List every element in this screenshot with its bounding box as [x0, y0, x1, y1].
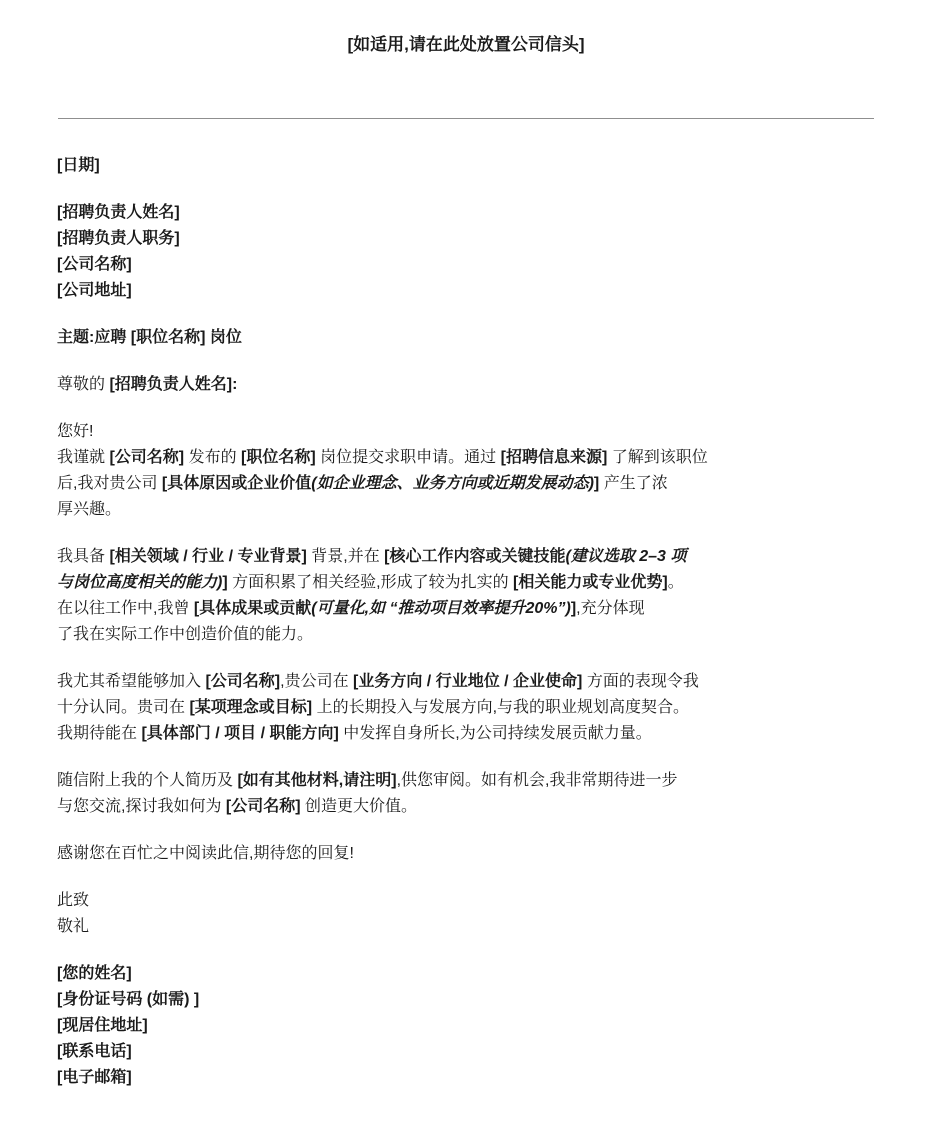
text-run: [您的姓名] [身份证号码 (如需) ] [现居住地址] [联系电话] [电子邮…: [57, 965, 199, 1086]
text-run: (如企业理念、业务方向或近期发展动态): [311, 475, 594, 492]
paragraph-attachments: 随信附上我的个人简历及 [如有其他材料,请注明],供您审阅。如有机会,我非常期待…: [57, 768, 875, 820]
paragraph-opening: 您好! 我谨就 [公司名称] 发布的 [职位名称] 岗位提交求职申请。通过 [招…: [57, 419, 875, 523]
text-run: [公司名称]: [226, 798, 301, 815]
text-run: 背景,并在: [307, 548, 384, 565]
signature-block: [您的姓名] [身份证号码 (如需) ] [现居住地址] [联系电话] [电子邮…: [57, 961, 875, 1091]
text-run: [具体原因或企业价值: [162, 475, 311, 492]
text-run: [公司名称]: [109, 449, 184, 466]
text-run: [招聘负责人姓名]:: [109, 376, 237, 393]
text-run: [招聘信息来源]: [501, 449, 608, 466]
text-run: 创造更大价值。: [301, 798, 417, 815]
text-run: 我具备: [57, 548, 109, 565]
salutation: 尊敬的 [招聘负责人姓名]:: [57, 372, 875, 398]
paragraph-experience: 我具备 [相关领域 / 行业 / 专业背景] 背景,并在 [核心工作内容或关键技…: [57, 544, 875, 648]
letter-document: [如适用,请在此处放置公司信头] [日期] [招聘负责人姓名] [招聘负责人职务…: [0, 0, 931, 1142]
text-run: [具体成果或贡献: [194, 600, 311, 617]
text-run: [招聘负责人姓名] [招聘负责人职务] [公司名称] [公司地址]: [57, 204, 180, 299]
text-run: [核心工作内容或关键技能: [384, 548, 565, 565]
text-run: [具体部门 / 项目 / 职能方向]: [141, 725, 338, 742]
text-run: [公司名称]: [205, 673, 280, 690]
text-run: 此致 敬礼: [57, 892, 89, 935]
text-run: 我尤其希望能够加入: [57, 673, 205, 690]
text-run: [职位名称]: [241, 449, 316, 466]
date-line: [日期]: [57, 153, 875, 179]
text-run: 您好! 我谨就: [57, 423, 109, 466]
text-run: 主题:应聘 [职位名称] 岗位: [57, 329, 242, 346]
text-run: ,贵公司在: [280, 673, 353, 690]
text-run: [相关能力或专业优势]: [513, 574, 668, 591]
paragraph-thanks: 感谢您在百忙之中阅读此信,期待您的回复!: [57, 841, 875, 867]
letterhead-placeholder: [如适用,请在此处放置公司信头]: [57, 32, 875, 58]
text-run: [相关领域 / 行业 / 专业背景]: [109, 548, 306, 565]
closing: 此致 敬礼: [57, 888, 875, 940]
text-run: [日期]: [57, 157, 100, 174]
text-run: 发布的: [184, 449, 241, 466]
text-run: 中发挥自身所长,为公司持续发展贡献力量。: [339, 725, 652, 742]
text-run: 随信附上我的个人简历及: [57, 772, 237, 789]
text-run: [某项理念或目标]: [189, 699, 312, 716]
text-run: 方面积累了相关经验,形成了较为扎实的: [228, 574, 513, 591]
text-run: [如有其他材料,请注明]: [237, 772, 396, 789]
text-run: [业务方向 / 行业地位 / 企业使命]: [353, 673, 582, 690]
recipient-block: [招聘负责人姓名] [招聘负责人职务] [公司名称] [公司地址]: [57, 200, 875, 304]
divider: [58, 118, 874, 119]
text-run: (可量化,如 “推动项目效率提升20%”): [311, 600, 571, 617]
text-run: 尊敬的: [57, 376, 109, 393]
text-run: 感谢您在百忙之中阅读此信,期待您的回复!: [57, 845, 354, 862]
subject-line: 主题:应聘 [职位名称] 岗位: [57, 325, 875, 351]
paragraph-motivation: 我尤其希望能够加入 [公司名称],贵公司在 [业务方向 / 行业地位 / 企业使…: [57, 669, 875, 747]
text-run: 岗位提交求职申请。通过: [316, 449, 501, 466]
